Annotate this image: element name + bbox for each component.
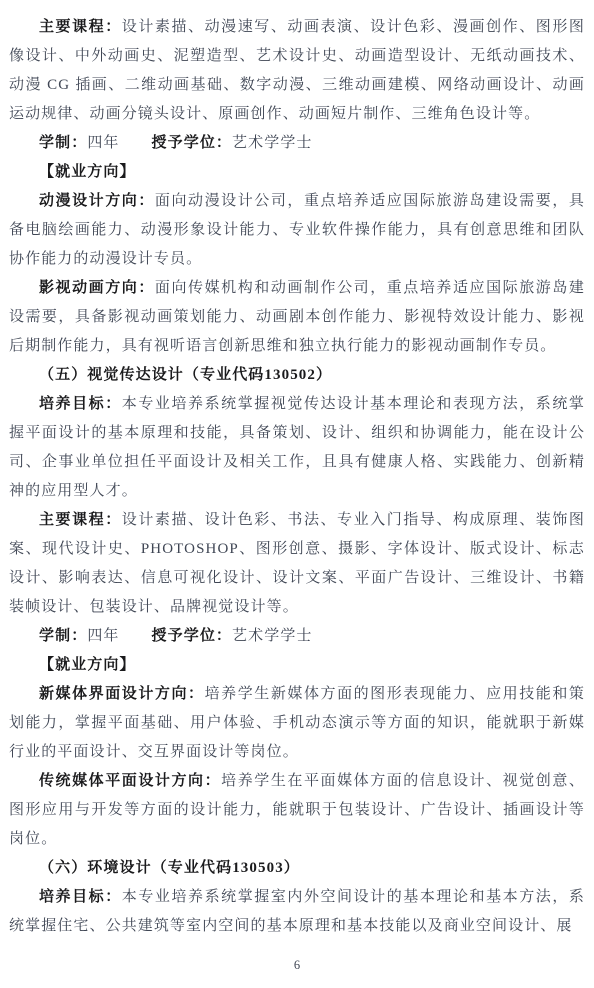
page-number: 6 [0,958,594,973]
program-info-line: 学制：四年授予学位：艺术学学士 [9,622,585,651]
paragraph-label: 新媒体界面设计方向： [39,686,205,702]
degree-label: 授予学位： [152,135,233,151]
degree-value: 艺术学学士 [232,135,313,151]
duration-label: 学制： [39,135,87,151]
employment-direction-heading: 【就业方向】 [9,158,585,187]
paragraph-traditional-media-direction: 传统媒体平面设计方向：培养学生在平面媒体方面的信息设计、视觉创意、图形应用与开发… [9,767,585,854]
degree-value: 艺术学学士 [232,628,313,644]
paragraph-label: 培养目标： [39,396,122,412]
paragraph-anime-design-direction: 动漫设计方向：面向动漫设计公司，重点培养适应国际旅游岛建设需要，具备电脑绘画能力… [9,187,585,274]
paragraph-label: 影视动画方向： [39,280,155,296]
paragraph-training-objective-visual: 培养目标：本专业培养系统掌握视觉传达设计基本理论和表现方法，系统掌握平面设计的基… [9,390,585,506]
duration-label: 学制： [39,628,87,644]
employment-direction-heading: 【就业方向】 [9,651,585,680]
paragraph-label: 主要课程： [39,512,122,528]
section-heading-environment-design: （六）环境设计（专业代码130503） [9,854,585,883]
document-page: 主要课程：设计素描、动漫速写、动画表演、设计色彩、漫画创作、图形图像设计、中外动… [0,0,594,988]
paragraph-training-objective-environment: 培养目标：本专业培养系统掌握室内外空间设计的基本理论和基本方法，系统掌握住宅、公… [9,883,585,941]
section-heading-visual-communication: （五）视觉传达设计（专业代码130502） [9,361,585,390]
paragraph-film-animation-direction: 影视动画方向：面向传媒机构和动画制作公司，重点培养适应国际旅游岛建设需要，具备影… [9,274,585,361]
paragraph-main-courses-animation: 主要课程：设计素描、动漫速写、动画表演、设计色彩、漫画创作、图形图像设计、中外动… [9,13,585,129]
duration-value: 四年 [87,135,119,151]
paragraph-label: 主要课程： [39,19,122,35]
paragraph-label: 培养目标： [39,889,122,905]
degree-label: 授予学位： [152,628,233,644]
paragraph-label: 传统媒体平面设计方向： [39,773,221,789]
program-info-line: 学制：四年授予学位：艺术学学士 [9,129,585,158]
paragraph-label: 动漫设计方向： [39,193,155,209]
duration-value: 四年 [87,628,119,644]
paragraph-new-media-ui-direction: 新媒体界面设计方向：培养学生新媒体方面的图形表现能力、应用技能和策划能力，掌握平… [9,680,585,767]
paragraph-main-courses-visual: 主要课程：设计素描、设计色彩、书法、专业入门指导、构成原理、装饰图案、现代设计史… [9,506,585,622]
